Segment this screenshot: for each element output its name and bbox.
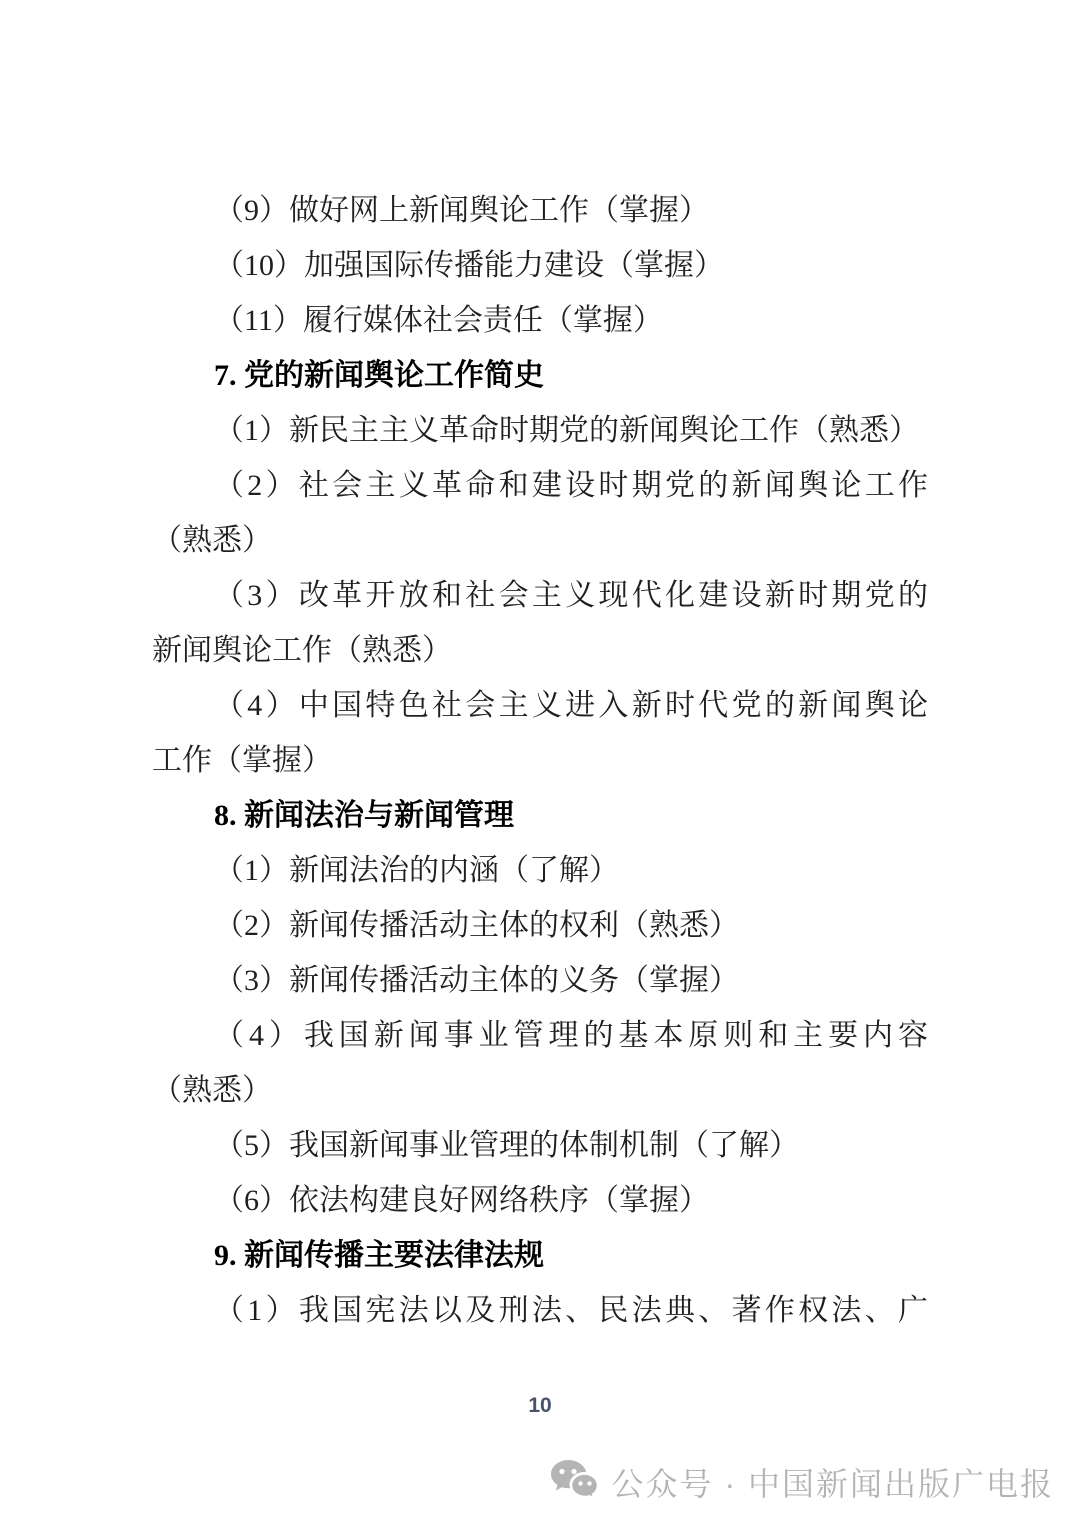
section-heading: 8. 新闻法治与新闻管理 (152, 788, 928, 843)
section-heading: 9. 新闻传播主要法律法规 (152, 1228, 928, 1283)
wechat-watermark: 公众号 · 中国新闻出版广电报 (548, 1458, 1054, 1506)
document-body: （9）做好网上新闻舆论工作（掌握）（10）加强国际传播能力建设（掌握）（11）履… (152, 183, 928, 1338)
text-line: （9）做好网上新闻舆论工作（掌握） (152, 183, 928, 238)
text-line: （1）新闻法治的内涵（了解） (152, 843, 928, 898)
text-line: 新闻舆论工作（熟悉） (152, 623, 928, 678)
text-line: （5）我国新闻事业管理的体制机制（了解） (152, 1118, 928, 1173)
text-line: （4）中国特色社会主义进入新时代党的新闻舆论 (152, 678, 928, 733)
text-line: （6）依法构建良好网络秩序（掌握） (152, 1173, 928, 1228)
text-line: （熟悉） (152, 513, 928, 568)
text-line: （10）加强国际传播能力建设（掌握） (152, 238, 928, 293)
wechat-icon (548, 1458, 600, 1506)
page-number: 10 (0, 1394, 1080, 1418)
text-line: （1）新民主主义革命时期党的新闻舆论工作（熟悉） (152, 403, 928, 458)
document-page: （9）做好网上新闻舆论工作（掌握）（10）加强国际传播能力建设（掌握）（11）履… (0, 0, 1080, 1527)
text-line: （3）新闻传播活动主体的义务（掌握） (152, 953, 928, 1008)
text-line: （3）改革开放和社会主义现代化建设新时期党的 (152, 568, 928, 623)
text-line: （11）履行媒体社会责任（掌握） (152, 293, 928, 348)
watermark-label: 公众号 · 中国新闻出版广电报 (612, 1459, 1054, 1505)
text-line: （4）我国新闻事业管理的基本原则和主要内容 (152, 1008, 928, 1063)
text-line: 工作（掌握） (152, 733, 928, 788)
text-line: （2）社会主义革命和建设时期党的新闻舆论工作 (152, 458, 928, 513)
text-line: （2）新闻传播活动主体的权利（熟悉） (152, 898, 928, 953)
text-line: （1）我国宪法以及刑法、民法典、著作权法、广 (152, 1283, 928, 1338)
section-heading: 7. 党的新闻舆论工作简史 (152, 348, 928, 403)
text-line: （熟悉） (152, 1063, 928, 1118)
